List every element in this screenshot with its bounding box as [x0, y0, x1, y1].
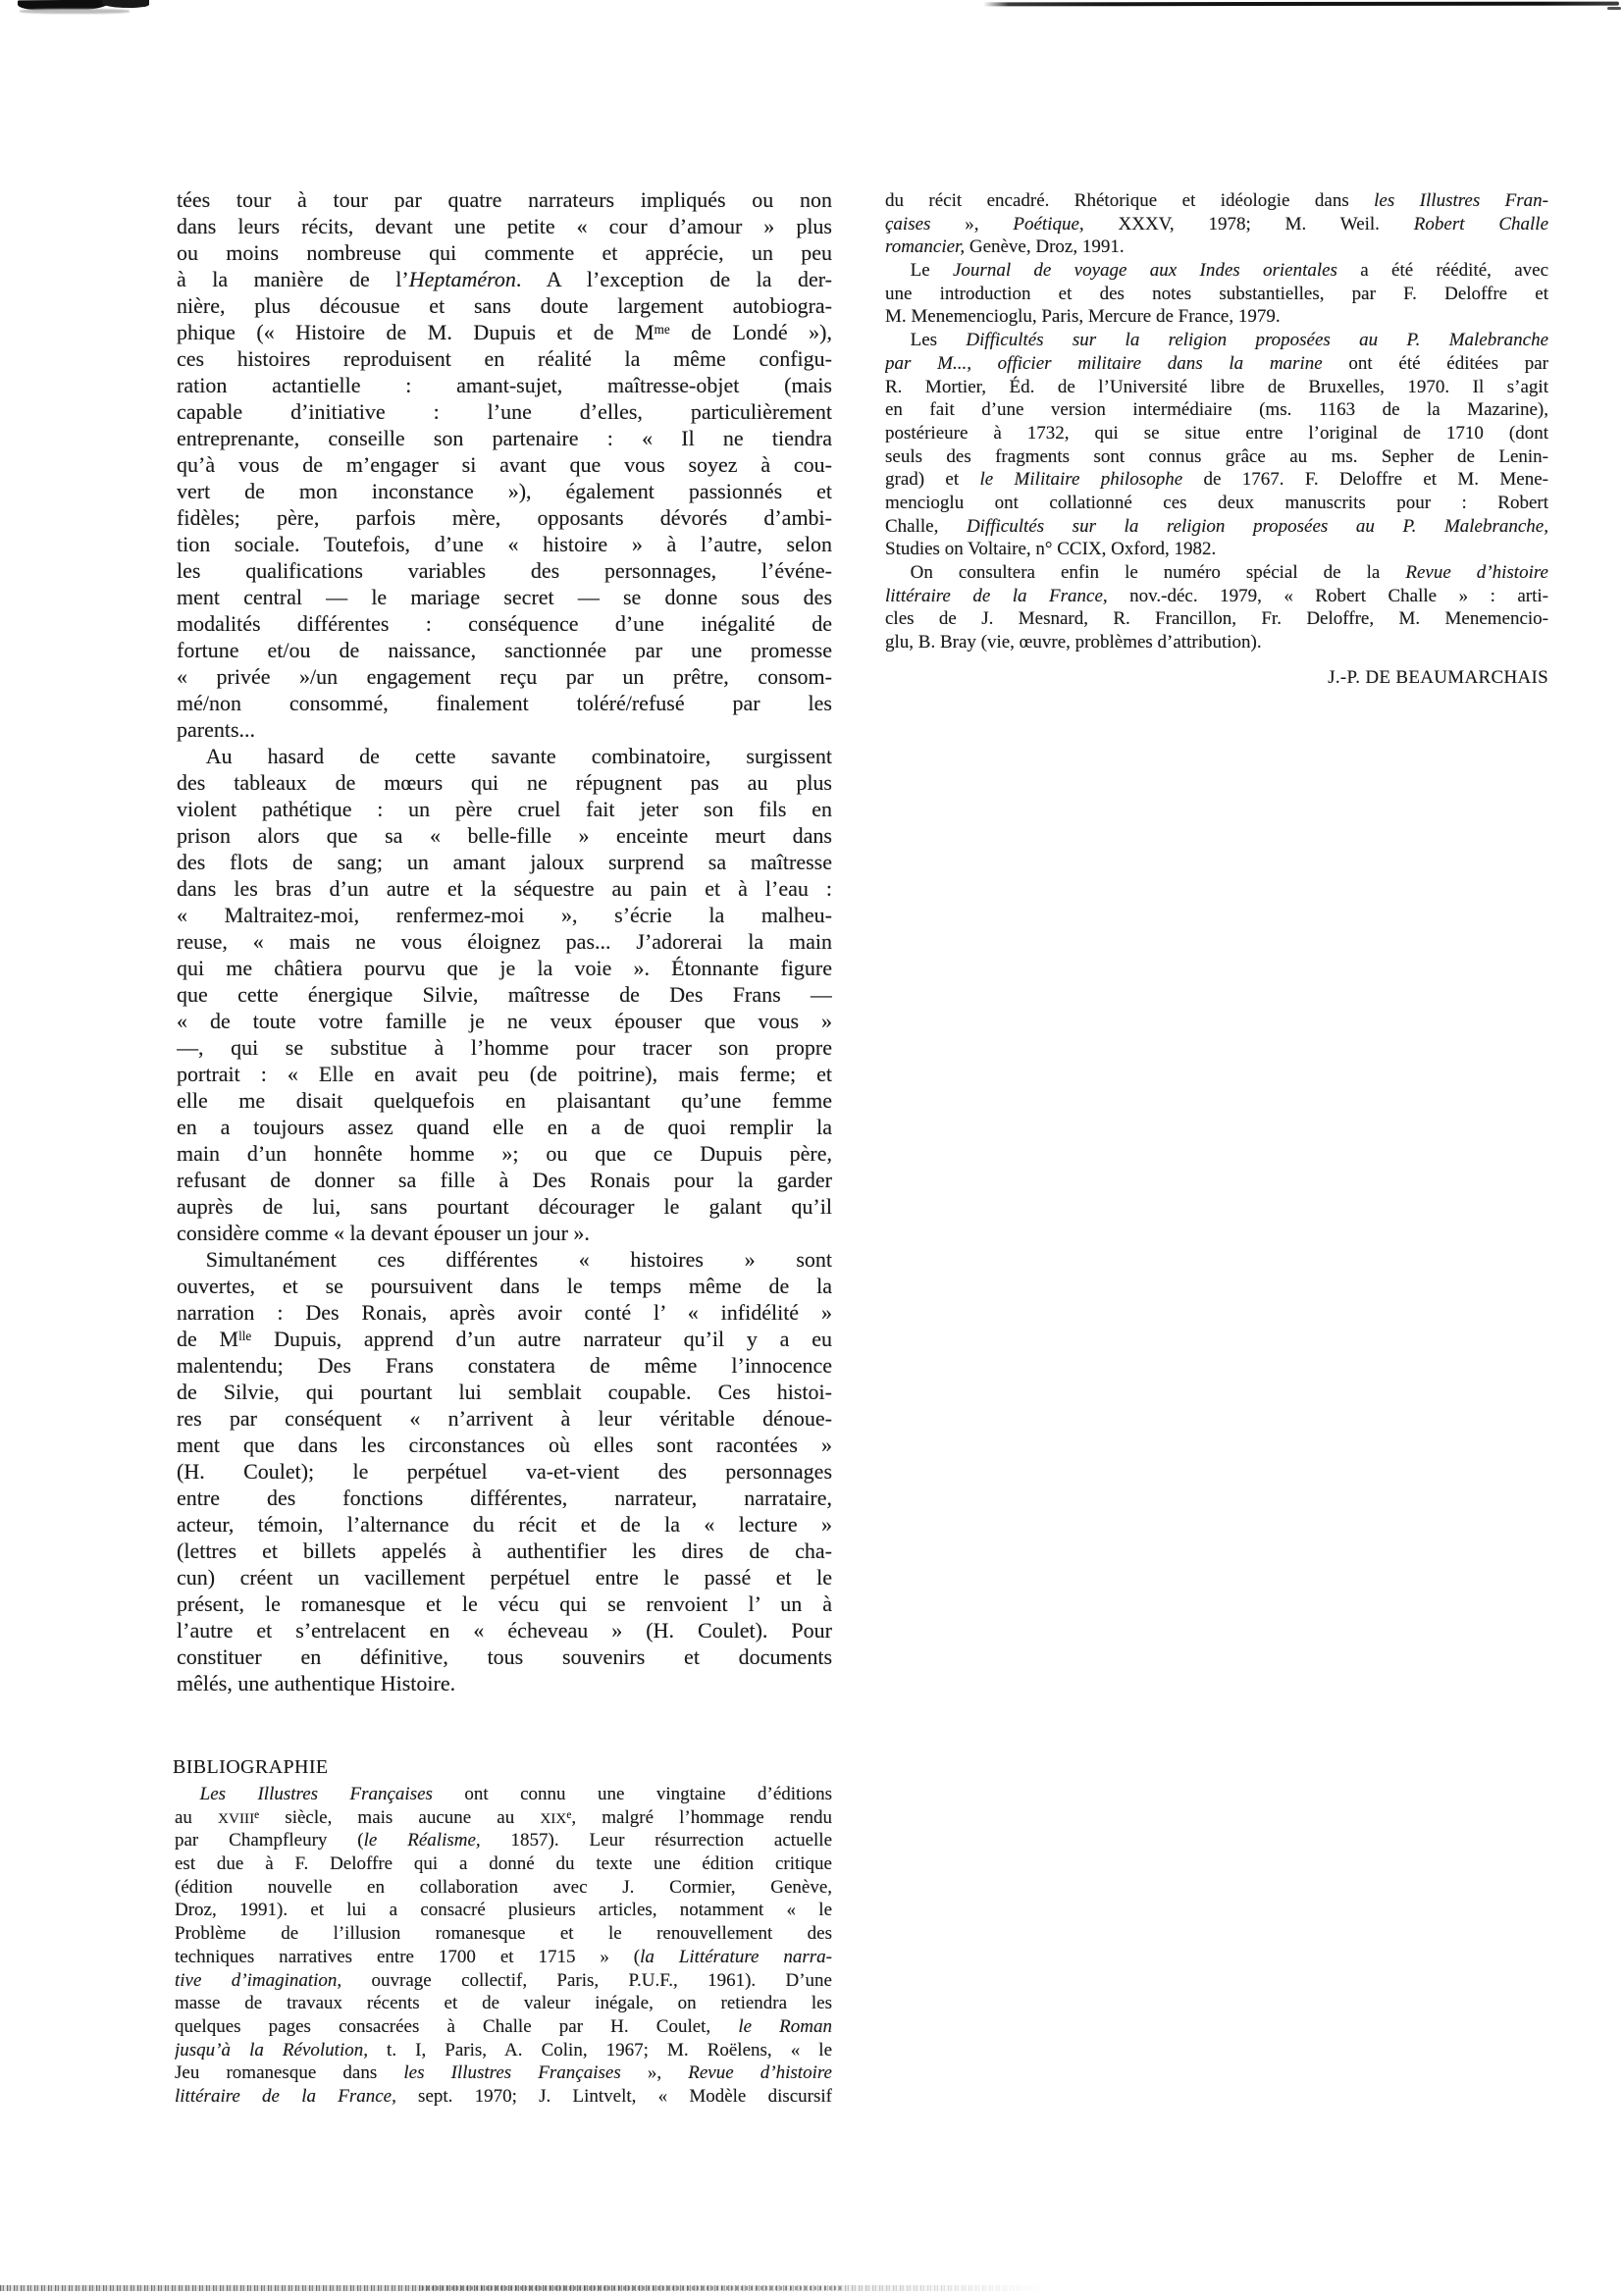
italic-text: Robert Challe [1414, 214, 1548, 235]
text-line: fidèles; père, parfois mère, opposants d… [177, 504, 832, 531]
text-segment: techniques narratives entre 1700 et 1715… [175, 1947, 640, 1967]
text-line: elle me disait quelquefois en plaisantan… [177, 1087, 832, 1114]
italic-text: Poétique, [1013, 214, 1083, 235]
text-segment: de 1767. F. Deloffre et M. Mene- [1182, 469, 1548, 490]
text-segment: ces histoires reproduisent en réalité la… [177, 346, 832, 371]
bibliography-heading: BIBLIOGRAPHIE [173, 1756, 329, 1779]
text-segment: que cette énergique Silvie, maîtresse de… [177, 982, 832, 1007]
italic-text: le Militaire philosophe [980, 469, 1183, 490]
text-segment: entre des fonctions différentes, narrate… [177, 1486, 832, 1510]
text-segment: elle me disait quelquefois en plaisantan… [177, 1088, 832, 1113]
text-segment: Challe, [885, 516, 967, 537]
paragraph: Les Difficultés sur la religion proposée… [885, 329, 1548, 561]
text-line: prison alors que sa « belle-fille » ence… [177, 822, 832, 849]
text-segment: du récit encadré. Rhétorique et idéologi… [885, 190, 1374, 211]
text-segment: ont connu une vingtaine d’éditions [433, 1784, 832, 1804]
text-segment: au [175, 1807, 218, 1828]
text-line: Les Illustres Françaises ont connu une v… [175, 1783, 832, 1806]
paragraph: Simultanément ces différentes « histoire… [177, 1246, 832, 1696]
text-line: techniques narratives entre 1700 et 1715… [175, 1946, 832, 1969]
article-text-left-column: tées tour à tour par quatre narrateurs i… [177, 186, 832, 1696]
italic-text: la Littérature narra- [640, 1947, 832, 1967]
text-segment: qu’à vous de m’engager si avant que vous… [177, 452, 832, 477]
text-line: en a toujours assez quand elle en a de q… [177, 1114, 832, 1140]
text-segment: constituer en définitive, tous souvenirs… [177, 1644, 832, 1669]
text-segment: reuse, « mais ne vous éloignez pas... J’… [177, 929, 832, 954]
paragraph: du récit encadré. Rhétorique et idéologi… [885, 189, 1548, 259]
text-segment: « de toute votre famille je ne veux épou… [177, 1009, 832, 1033]
text-segment: portrait : « Elle en avait peu (de poitr… [177, 1062, 832, 1086]
text-segment: On consultera enfin le numéro spécial de… [911, 562, 1406, 583]
text-segment: vert de mon inconstance »), également pa… [177, 479, 832, 503]
text-segment: narration : Des Ronais, après avoir cont… [177, 1300, 832, 1325]
text-segment: ment que dans les circonstances où elles… [177, 1433, 832, 1457]
text-segment: cun) créent un vacillement perpétuel ent… [177, 1565, 832, 1590]
text-line: des tableaux de mœurs qui ne répugnent p… [177, 769, 832, 796]
superscript-text: me [655, 322, 670, 337]
text-line: res par conséquent « n’arrivent à leur v… [177, 1405, 832, 1432]
text-line: des flots de sang; un amant jaloux surpr… [177, 849, 832, 875]
text-segment: R. Mortier, Éd. de l’Université libre de… [885, 377, 1548, 397]
text-line: dans les bras d’un autre et la séquestre… [177, 875, 832, 902]
text-line: postérieure à 1732, qui se situe entre l… [885, 422, 1548, 445]
scan-line-top-right [983, 2, 1619, 7]
text-line: tées tour à tour par quatre narrateurs i… [177, 186, 832, 213]
italic-text: jusqu’à la Révolution, [175, 2040, 368, 2060]
text-segment: », [930, 214, 1013, 235]
text-segment: auprès de lui, sans pourtant décourager … [177, 1194, 832, 1219]
text-line: seuls des fragments sont connus grâce au… [885, 445, 1548, 469]
bibliography-text-right-column: du récit encadré. Rhétorique et idéologi… [885, 189, 1548, 689]
text-line: mé/non consommé, finalement toléré/refus… [177, 690, 832, 716]
text-segment: ou moins nombreuse qui commente et appré… [177, 240, 832, 265]
text-segment: grad) et [885, 469, 980, 490]
text-segment: 1857). Leur résurrection actuelle [481, 1830, 832, 1851]
text-line: Jeu romanesque dans les Illustres França… [175, 2061, 832, 2085]
text-segment: —, qui se substitue à l’homme pour trace… [177, 1035, 832, 1060]
italic-text: Les Illustres Françaises [200, 1784, 433, 1804]
text-line: glu, B. Bray (vie, œuvre, problèmes d’at… [885, 631, 1548, 654]
text-segment: Simultanément ces différentes « histoire… [206, 1247, 832, 1272]
text-segment: fortune et/ou de naissance, sanctionnée … [177, 638, 832, 662]
text-line: (édition nouvelle en collaboration avec … [175, 1876, 832, 1900]
text-line: (H. Coulet); le perpétuel va-et-vient de… [177, 1458, 832, 1485]
text-line: masse de travaux récents et de valeur in… [175, 1992, 832, 2015]
text-line: par M..., officier militaire dans la mar… [885, 352, 1548, 376]
text-line: littéraire de la France, sept. 1970; J. … [175, 2085, 832, 2109]
text-line: tion sociale. Toutefois, d’une « histoir… [177, 531, 832, 557]
scan-smudge-shadow [20, 9, 130, 14]
text-line: portrait : « Elle en avait peu (de poitr… [177, 1061, 832, 1087]
text-line: romancier, Genève, Droz, 1991. [885, 235, 1548, 259]
text-line: auprès de lui, sans pourtant décourager … [177, 1193, 832, 1220]
author-signature: J.-P. DE BEAUMARCHAIS [885, 666, 1548, 690]
text-line: ou moins nombreuse qui commente et appré… [177, 239, 832, 266]
paragraph: Les Illustres Françaises ont connu une v… [175, 1783, 832, 2109]
text-line: Les Difficultés sur la religion proposée… [885, 329, 1548, 352]
text-line: vert de mon inconstance »), également pa… [177, 478, 832, 504]
text-line: On consultera enfin le numéro spécial de… [885, 561, 1548, 585]
text-line: tive d’imagination, ouvrage collectif, P… [175, 1969, 832, 1993]
text-segment: nière, plus décousue et sans doute large… [177, 293, 832, 318]
text-segment: mêlés, une authentique Histoire. [177, 1671, 455, 1695]
text-segment: siècle, mais aucune au [259, 1807, 540, 1828]
text-line: qu’à vous de m’engager si avant que vous… [177, 451, 832, 478]
text-line: entre des fonctions différentes, narrate… [177, 1485, 832, 1511]
text-segment: ont été éditées par [1323, 353, 1548, 374]
text-segment: tées tour à tour par quatre narrateurs i… [177, 187, 832, 212]
text-line: Problème de l’illusion romanesque et le … [175, 1922, 832, 1946]
text-segment: XXXV, 1978; M. Weil. [1084, 214, 1414, 235]
text-line: Droz, 1991). et lui a consacré plusieurs… [175, 1899, 832, 1922]
text-line: « de toute votre famille je ne veux épou… [177, 1008, 832, 1034]
text-line: ment central — le mariage secret — se do… [177, 584, 832, 610]
text-line: dans leurs récits, devant une petite « c… [177, 213, 832, 239]
text-segment: . A l’exception de la der- [516, 267, 832, 291]
text-segment: t. I, Paris, A. Colin, 1967; M. Roëlens,… [368, 2040, 832, 2060]
text-line: « privée »/un engagement reçu par un prê… [177, 663, 832, 690]
text-line: parents... [177, 716, 832, 743]
text-line: à la manière de l’Heptaméron. A l’except… [177, 266, 832, 292]
text-line: qui me châtiera pourvu que je la voie ».… [177, 955, 832, 981]
text-line: —, qui se substitue à l’homme pour trace… [177, 1034, 832, 1061]
text-segment: violent pathétique : un père cruel fait … [177, 797, 832, 821]
italic-text: littéraire de la France, [885, 586, 1108, 606]
text-segment: à la manière de l’ [177, 267, 409, 291]
text-line: R. Mortier, Éd. de l’Université libre de… [885, 376, 1548, 399]
text-segment: acteur, témoin, l’alternance du récit et… [177, 1512, 832, 1537]
italic-text: les Illustres Françaises [403, 2062, 620, 2083]
italic-text: le Réalisme, [364, 1830, 481, 1851]
text-line: nière, plus décousue et sans doute large… [177, 292, 832, 319]
text-segment: modalités différentes : conséquence d’un… [177, 611, 832, 636]
text-line: de Mlle Dupuis, apprend d’un autre narra… [177, 1326, 832, 1352]
text-segment: (édition nouvelle en collaboration avec … [175, 1877, 832, 1898]
text-line: que cette énergique Silvie, maîtresse de… [177, 981, 832, 1008]
text-segment: seuls des fragments sont connus grâce au… [885, 446, 1548, 467]
text-segment: de Londé »), [670, 320, 832, 344]
text-segment: , malgré l’hommage rendu [571, 1807, 832, 1828]
text-line: par Champfleury (le Réalisme, 1857). Leu… [175, 1829, 832, 1852]
text-segment: a été réédité, avec [1337, 260, 1548, 281]
text-segment: Droz, 1991). et lui a consacré plusieurs… [175, 1900, 832, 1920]
paragraph: tées tour à tour par quatre narrateurs i… [177, 186, 832, 743]
text-line: mêlés, une authentique Histoire. [177, 1670, 832, 1696]
text-segment: ration actantielle : amant-sujet, maître… [177, 373, 832, 397]
text-segment: Dupuis, apprend d’un autre narrateur qu’… [251, 1327, 832, 1351]
text-segment: nov.-déc. 1979, « Robert Challe » : arti… [1108, 586, 1548, 606]
text-line: est due à F. Deloffre qui a donné du tex… [175, 1852, 832, 1876]
text-segment: Au hasard de cette savante combinatoire,… [206, 744, 832, 768]
text-segment: masse de travaux récents et de valeur in… [175, 1993, 832, 2013]
text-line: constituer en définitive, tous souvenirs… [177, 1643, 832, 1670]
text-line: ces histoires reproduisent en réalité la… [177, 345, 832, 372]
text-segment: fidèles; père, parfois mère, opposants d… [177, 505, 832, 530]
text-segment: malentendu; Des Frans constatera de même… [177, 1353, 832, 1378]
italic-text: Revue d’histoire [1405, 562, 1548, 583]
text-line: jusqu’à la Révolution, t. I, Paris, A. C… [175, 2039, 832, 2062]
text-segment: quelques pages consacrées à Challe par H… [175, 2016, 738, 2037]
text-segment: en a toujours assez quand elle en a de q… [177, 1115, 832, 1139]
text-segment: en fait d’une version intermédiaire (ms.… [885, 399, 1548, 420]
text-segment: qui me châtiera pourvu que je la voie ».… [177, 956, 832, 980]
text-line: Challe, Difficultés sur la religion prop… [885, 515, 1548, 539]
text-segment: est due à F. Deloffre qui a donné du tex… [175, 1853, 832, 1874]
text-segment: Problème de l’illusion romanesque et le … [175, 1923, 832, 1944]
text-line: les qualifications variables des personn… [177, 557, 832, 584]
text-segment: Jeu romanesque dans [175, 2062, 403, 2083]
text-segment: », [621, 2062, 689, 2083]
text-segment: « privée »/un engagement reçu par un prê… [177, 664, 832, 689]
text-line: malentendu; Des Frans constatera de même… [177, 1352, 832, 1379]
text-line: main d’un honnête homme »; ou que ce Dup… [177, 1140, 832, 1167]
text-segment: tion sociale. Toutefois, d’une « histoir… [177, 532, 832, 556]
text-segment: postérieure à 1732, qui se situe entre l… [885, 423, 1548, 443]
text-segment: prison alors que sa « belle-fille » ence… [177, 823, 832, 848]
italic-text: Revue d’histoire [688, 2062, 832, 2083]
text-segment: glu, B. Bray (vie, œuvre, problèmes d’at… [885, 632, 1262, 652]
text-line: acteur, témoin, l’alternance du récit et… [177, 1511, 832, 1538]
text-segment: Genève, Droz, 1991. [965, 236, 1125, 257]
italic-text: Difficultés sur la religion proposées au… [966, 330, 1548, 350]
text-line: Au hasard de cette savante combinatoire,… [177, 743, 832, 769]
text-line: capable d’initiative : l’une d’elles, pa… [177, 398, 832, 425]
text-segment: entreprenante, conseille son partenaire … [177, 426, 832, 450]
text-segment: main d’un honnête homme »; ou que ce Dup… [177, 1141, 832, 1166]
text-line: refusant de donner sa fille à Des Ronais… [177, 1167, 832, 1193]
text-segment: des flots de sang; un amant jaloux surpr… [177, 850, 832, 874]
italic-text: çaises [885, 214, 930, 235]
text-segment: res par conséquent « n’arrivent à leur v… [177, 1406, 832, 1431]
text-line: littéraire de la France, nov.-déc. 1979,… [885, 585, 1548, 608]
text-segment: Le [911, 260, 953, 281]
italic-text: romancier, [885, 236, 965, 257]
small-caps-text: XIX [540, 1810, 566, 1827]
text-line: entreprenante, conseille son partenaire … [177, 425, 832, 451]
bibliography-paragraphs: du récit encadré. Rhétorique et idéologi… [885, 189, 1548, 654]
text-segment: (H. Coulet); le perpétuel va-et-vient de… [177, 1459, 832, 1484]
text-segment: dans les bras d’un autre et la séquestre… [177, 876, 832, 901]
text-line: au XVIIIe siècle, mais aucune au XIXe, m… [175, 1806, 832, 1830]
text-line: modalités différentes : conséquence d’un… [177, 610, 832, 637]
text-line: une introduction et des notes substantie… [885, 283, 1548, 306]
text-segment: des tableaux de mœurs qui ne répugnent p… [177, 770, 832, 795]
italic-text: Difficultés sur la religion proposées au… [967, 516, 1548, 537]
text-line: grad) et le Militaire philosophe de 1767… [885, 468, 1548, 492]
text-segment: parents... [177, 717, 255, 742]
text-line: ration actantielle : amant-sujet, maître… [177, 372, 832, 398]
text-line: cles de J. Mesnard, R. Francillon, Fr. D… [885, 607, 1548, 631]
text-line: de Silvie, qui pourtant lui semblait cou… [177, 1379, 832, 1405]
text-segment: mencioglu ont collationné ces deux manus… [885, 493, 1548, 513]
text-line: violent pathétique : un père cruel fait … [177, 796, 832, 822]
paragraph: Le Journal de voyage aux Indes orientale… [885, 259, 1548, 329]
text-segment: capable d’initiative : l’une d’elles, pa… [177, 399, 832, 424]
text-segment: mé/non consommé, finalement toléré/refus… [177, 691, 832, 715]
text-segment: dans leurs récits, devant une petite « c… [177, 214, 832, 238]
text-segment: considère comme « la devant épouser un j… [177, 1221, 590, 1245]
scan-smudge-top-left-2 [102, 0, 149, 8]
italic-text: littéraire de la France, [175, 2086, 396, 2107]
text-line: mencioglu ont collationné ces deux manus… [885, 492, 1548, 515]
paragraph: On consultera enfin le numéro spécial de… [885, 561, 1548, 654]
text-segment: par Champfleury ( [175, 1830, 364, 1851]
text-segment: Les [911, 330, 967, 350]
text-segment: l’autre et s’entrelacent en « écheveau »… [177, 1618, 832, 1643]
text-line: reuse, « mais ne vous éloignez pas... J’… [177, 928, 832, 955]
text-segment: de Silvie, qui pourtant lui semblait cou… [177, 1380, 832, 1404]
text-line: présent, le romanesque et le vécu qui se… [177, 1591, 832, 1617]
italic-text: le Roman [738, 2016, 832, 2037]
text-line: considère comme « la devant épouser un j… [177, 1220, 832, 1246]
text-line: M. Menemencioglu, Paris, Mercure de Fran… [885, 305, 1548, 329]
text-line: fortune et/ou de naissance, sanctionnée … [177, 637, 832, 663]
scan-edge-bottom-dark [422, 2286, 844, 2290]
text-segment: M. Menemencioglu, Paris, Mercure de Fran… [885, 306, 1281, 327]
italic-text: tive d’imagination, [175, 1970, 341, 1991]
text-line: Le Journal de voyage aux Indes orientale… [885, 259, 1548, 283]
italic-text: par M..., officier militaire dans la mar… [885, 353, 1323, 374]
text-segment: ment central — le mariage secret — se do… [177, 585, 832, 609]
text-line: narration : Des Ronais, après avoir cont… [177, 1299, 832, 1326]
text-line: phique (« Histoire de M. Dupuis et de Mm… [177, 319, 832, 345]
text-line: ouvertes, et se poursuivent dans le temp… [177, 1273, 832, 1299]
italic-text: Heptaméron [409, 267, 516, 291]
bibliography-text-left-column: Les Illustres Françaises ont connu une v… [175, 1783, 832, 2109]
text-line: cun) créent un vacillement perpétuel ent… [177, 1564, 832, 1591]
italic-text: les Illustres Fran- [1374, 190, 1548, 211]
paragraph: Au hasard de cette savante combinatoire,… [177, 743, 832, 1246]
text-segment: refusant de donner sa fille à Des Ronais… [177, 1168, 832, 1192]
text-segment: sept. 1970; J. Lintvelt, « Modèle discur… [396, 2086, 832, 2107]
text-segment: « Maltraitez-moi, renfermez-moi », s’écr… [177, 903, 832, 927]
scanned-page: tées tour à tour par quatre narrateurs i… [0, 0, 1624, 2295]
text-line: « Maltraitez-moi, renfermez-moi », s’écr… [177, 902, 832, 928]
text-segment: Studies on Voltaire, n° CCIX, Oxford, 19… [885, 539, 1216, 559]
scan-line-top-right-tick [1607, 7, 1621, 10]
text-line: l’autre et s’entrelacent en « écheveau »… [177, 1617, 832, 1643]
text-segment: une introduction et des notes substantie… [885, 284, 1548, 304]
text-line: çaises », Poétique, XXXV, 1978; M. Weil.… [885, 213, 1548, 236]
text-line: en fait d’une version intermédiaire (ms.… [885, 398, 1548, 422]
text-segment: ouvertes, et se poursuivent dans le temp… [177, 1274, 832, 1298]
text-line: Studies on Voltaire, n° CCIX, Oxford, 19… [885, 538, 1548, 561]
text-line: (lettres et billets appelés à authentifi… [177, 1538, 832, 1564]
text-segment: (lettres et billets appelés à authentifi… [177, 1539, 832, 1563]
text-line: du récit encadré. Rhétorique et idéologi… [885, 189, 1548, 213]
italic-text: Journal de voyage aux Indes orientales [953, 260, 1337, 281]
text-segment: cles de J. Mesnard, R. Francillon, Fr. D… [885, 608, 1548, 629]
text-line: Simultanément ces différentes « histoire… [177, 1246, 832, 1273]
text-line: ment que dans les circonstances où elles… [177, 1432, 832, 1458]
text-segment: de M [177, 1327, 238, 1351]
text-segment: ouvrage collectif, Paris, P.U.F., 1961).… [341, 1970, 832, 1991]
text-segment: présent, le romanesque et le vécu qui se… [177, 1591, 832, 1616]
small-caps-text: XVIII [218, 1810, 254, 1827]
text-line: quelques pages consacrées à Challe par H… [175, 2015, 832, 2039]
text-segment: phique (« Histoire de M. Dupuis et de M [177, 320, 655, 344]
superscript-text: lle [238, 1329, 251, 1343]
text-segment: les qualifications variables des personn… [177, 558, 832, 583]
